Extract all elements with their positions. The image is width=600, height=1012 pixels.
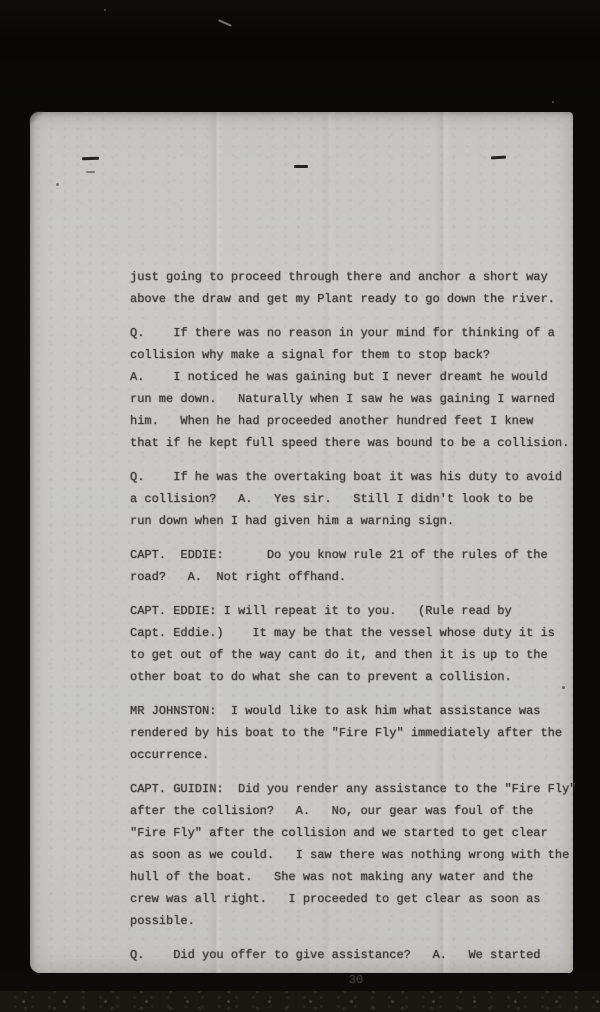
text-line: MR JOHNSTON: I would like to ask him wha…	[130, 700, 582, 722]
text-line: "Fire Fly" after the collision and we st…	[130, 822, 582, 844]
dust-speck	[104, 9, 106, 11]
text-line: Q. If there was no reason in your mind f…	[130, 322, 582, 344]
film-grain-band	[0, 991, 600, 1012]
pencil-dash-mark	[82, 157, 99, 161]
paragraph: Q. If there was no reason in your mind f…	[130, 322, 582, 454]
text-line: rendered by his boat to the "Fire Fly" i…	[130, 722, 582, 744]
paragraph: Q. Did you offer to give assistance? A. …	[130, 944, 582, 966]
text-line: as soon as we could. I saw there was not…	[130, 844, 582, 866]
paragraph: Q. If he was the overtaking boat it was …	[130, 466, 582, 532]
dust-speck	[552, 101, 554, 103]
paragraph: MR JOHNSTON: I would like to ask him wha…	[130, 700, 582, 766]
pencil-dash-mark	[86, 171, 95, 173]
text-line: just going to proceed through there and …	[130, 266, 582, 288]
text-line: to get out of the way cant do it, and th…	[130, 644, 582, 666]
text-line: road? A. Not right offhand.	[130, 566, 582, 588]
text-line: a collision? A. Yes sir. Still I didn't …	[130, 488, 582, 510]
text-line: collision why make a signal for them to …	[130, 344, 582, 366]
text-line: CAPT. EDDIE: I will repeat it to you. (R…	[130, 600, 582, 622]
text-line: CAPT. EDDIE: Do you know rule 21 of the …	[130, 544, 582, 566]
pencil-dash-mark	[294, 165, 308, 168]
paragraph: CAPT. GUIDIN: Did you render any assista…	[130, 778, 582, 932]
paper-sheet: just going to proceed through there and …	[30, 112, 573, 973]
paragraph: just going to proceed through there and …	[130, 266, 582, 310]
film-border-top	[0, 0, 600, 112]
text-line: Capt. Eddie.) It may be that the vessel …	[130, 622, 582, 644]
text-line: Q. Did you offer to give assistance? A. …	[130, 944, 582, 966]
scratch-mark	[218, 19, 232, 27]
text-line: that if he kept full speed there was bou…	[130, 432, 582, 454]
pencil-dot-mark	[56, 183, 59, 186]
text-line: A. I noticed he was gaining but I never …	[130, 366, 582, 388]
scanned-document-page: { "colors": { "paper": "#c8c7c3", "ink":…	[0, 0, 600, 1012]
text-line: above the draw and get my Plant ready to…	[130, 288, 582, 310]
text-line: run down when I had given him a warning …	[130, 510, 582, 532]
text-line: run me down. Naturally when I saw he was…	[130, 388, 582, 410]
text-line: Q. If he was the overtaking boat it was …	[130, 466, 582, 488]
text-line: after the collision? A. No, our gear was…	[130, 800, 582, 822]
text-line: hull of the boat. She was not making any…	[130, 866, 582, 888]
text-line: crew was all right. I proceeded to get c…	[130, 888, 582, 910]
pencil-dash-mark	[491, 156, 506, 160]
corner-fold-mark	[29, 111, 43, 125]
text-line: other boat to do what she can to prevent…	[130, 666, 582, 688]
paragraph: CAPT. EDDIE: Do you know rule 21 of the …	[130, 544, 582, 588]
text-line: occurrence.	[130, 744, 582, 766]
paragraph: CAPT. EDDIE: I will repeat it to you. (R…	[130, 600, 582, 688]
text-line: him. When he had proceeded another hundr…	[130, 410, 582, 432]
text-line: possible.	[130, 910, 582, 932]
page-number: 30	[130, 969, 582, 991]
page-text: just going to proceed through there and …	[130, 266, 582, 991]
text-line: CAPT. GUIDIN: Did you render any assista…	[130, 778, 582, 800]
